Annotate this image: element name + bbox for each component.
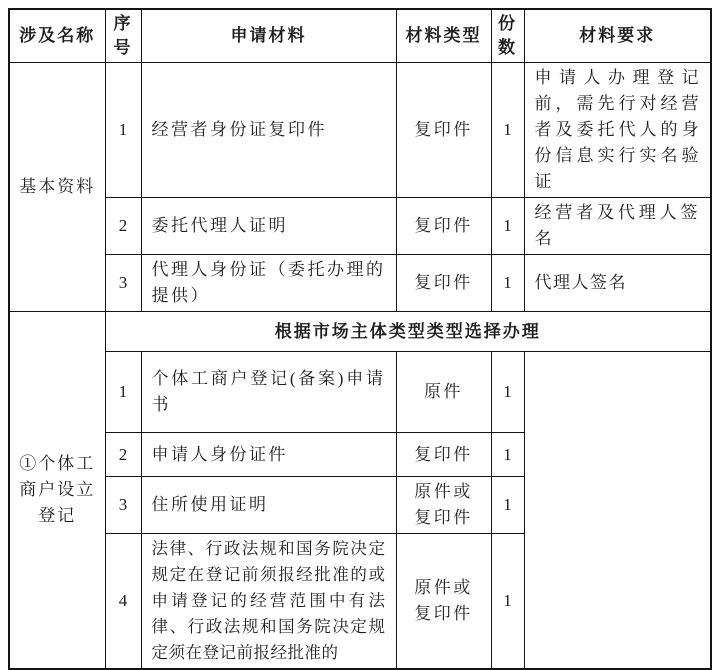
material-type-cell: 复印件 (396, 63, 491, 198)
material-cell: 经营者身份证复印件 (141, 63, 396, 198)
material-type-cell: 原件或复印件 (396, 477, 491, 534)
copies-cell: 1 (491, 198, 524, 255)
table-row: 2 委托代理人证明 复印件 1 经营者及代理人签名 (9, 198, 711, 255)
header-application-material: 申请材料 (141, 9, 396, 63)
header-row: 涉及名称 序号 申请材料 材料类型 份数 材料要求 (9, 9, 711, 63)
requirement-cell: 经营者及代理人签名 (524, 198, 711, 255)
material-type-cell: 复印件 (396, 198, 491, 255)
table-row: ①个体工商户设立登记 根据市场主体类型类型选择办理 (9, 312, 711, 352)
copies-cell: 1 (491, 352, 524, 433)
header-copies: 份数 (491, 9, 524, 63)
serial-no-cell: 4 (105, 534, 141, 670)
header-involved-name: 涉及名称 (9, 9, 105, 63)
copies-cell: 1 (491, 63, 524, 198)
serial-no-cell: 1 (105, 352, 141, 433)
material-type-cell: 复印件 (396, 255, 491, 312)
requirement-merged-cell (524, 352, 711, 670)
copies-cell: 1 (491, 255, 524, 312)
header-material-type: 材料类型 (396, 9, 491, 63)
serial-no-cell: 2 (105, 433, 141, 477)
table-row: 3 代理人身份证（委托办理的提供） 复印件 1 代理人签名 (9, 255, 711, 312)
material-type-cell: 原件或复印件 (396, 534, 491, 670)
group-label-basic-materials: 基本资料 (9, 63, 105, 312)
serial-no-cell: 2 (105, 198, 141, 255)
serial-no-cell: 3 (105, 255, 141, 312)
requirement-cell: 申请人办理登记前，需先行对经营者及委托代人的身份信息实行实名验证 (524, 63, 711, 198)
material-type-cell: 复印件 (396, 433, 491, 477)
material-cell: 代理人身份证（委托办理的提供） (141, 255, 396, 312)
serial-no-cell: 3 (105, 477, 141, 534)
requirement-cell: 代理人签名 (524, 255, 711, 312)
group-label-individual-business-registration: ①个体工商户设立登记 (9, 312, 105, 670)
copies-cell: 1 (491, 534, 524, 670)
material-cell: 住所使用证明 (141, 477, 396, 534)
materials-table: 涉及名称 序号 申请材料 材料类型 份数 材料要求 基本资料 1 经营者身份证复… (8, 8, 712, 670)
copies-cell: 1 (491, 477, 524, 534)
material-type-cell: 原件 (396, 352, 491, 433)
header-serial-no: 序号 (105, 9, 141, 63)
serial-no-cell: 1 (105, 63, 141, 198)
material-cell: 个体工商户登记(备案)申请书 (141, 352, 396, 433)
section-banner: 根据市场主体类型类型选择办理 (105, 312, 711, 352)
table-row: 基本资料 1 经营者身份证复印件 复印件 1 申请人办理登记前，需先行对经营者及… (9, 63, 711, 198)
material-cell: 申请人身份证件 (141, 433, 396, 477)
header-material-requirement: 材料要求 (524, 9, 711, 63)
material-cell: 法律、行政法规和国务院决定规定在登记前须报经批准的或申请登记的经营范围中有法律、… (141, 534, 396, 670)
copies-cell: 1 (491, 433, 524, 477)
material-cell: 委托代理人证明 (141, 198, 396, 255)
table-row: 1 个体工商户登记(备案)申请书 原件 1 (9, 352, 711, 433)
